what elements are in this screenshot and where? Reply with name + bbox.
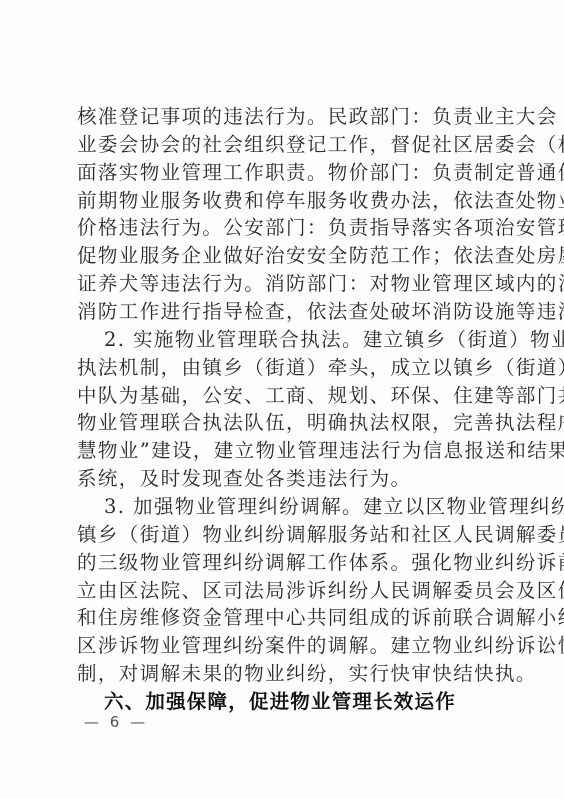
paragraph-line: 核准登记事项的违法行为。民政部门：负责业主大会（业委会）、 <box>77 102 497 131</box>
section-3-title-line: 3. 加强物业管理纠纷调解。建立以区物业管理纠纷联调中心、 <box>104 492 497 521</box>
paragraph-line: 业委会协会的社会组织登记工作，督促社区居委会（村委会）全 <box>77 130 497 159</box>
paragraph-line: 慧物业”建设，建立物业管理违法行为信息报送和结果反馈信息 <box>77 436 497 465</box>
paragraph-line: 立由区法院、区司法局涉诉纠纷人民调解委员会及区住建局物业 <box>77 576 497 605</box>
paragraph-line: 面落实物业管理工作职责。物价部门：负责制定普通住宅小区的 <box>77 158 497 187</box>
paragraph-line: 制，对调解未果的物业纠纷，实行快审快结快执。 <box>77 659 497 688</box>
paragraph-line: 和住房维修资金管理中心共同组成的诉前联合调解小组，负责全 <box>77 603 497 632</box>
paragraph-line: 系统，及时发现查处各类违法行为。 <box>77 464 497 493</box>
paragraph-line: 镇乡（街道）物业纠纷调解服务站和社区人民调解委员会为主体 <box>77 520 497 549</box>
paragraph-line: 中队为基础，公安、工商、规划、环保、住建等部门共同参与的 <box>77 381 497 410</box>
paragraph-line: 证养犬等违法行为。消防部门：对物业管理区域内的消防设施和 <box>77 269 497 298</box>
paragraph-line: 的三级物业管理纠纷调解工作体系。强化物业纠纷诉前调解，成 <box>77 548 497 577</box>
paragraph-line: 执法机制，由镇乡（街道）牵头，成立以镇乡（街道）城管执法 <box>77 353 497 382</box>
paragraph-line: 物业管理联合执法队伍，明确执法权限，完善执法程序。推进“智 <box>77 408 497 437</box>
paragraph-line: 区涉诉物业管理纠纷案件的调解。建立物业纠纷诉讼快速处理机 <box>77 631 497 660</box>
section-2-title-line: 2. 实施物业管理联合执法。建立镇乡（街道）物业管理联合 <box>104 325 497 354</box>
page-number: — 6 — <box>84 713 148 731</box>
paragraph-line: 促物业服务企业做好治安安全防范工作；依法查处房屋群租、无 <box>77 241 497 270</box>
paragraph-line: 前期物业服务收费和停车服务收费办法，依法查处物业管理中的 <box>77 186 497 215</box>
paragraph-line: 价格违法行为。公安部门：负责指导落实各项治安管理措施，督 <box>77 213 497 242</box>
section-6-heading: 六、加强保障，促进物业管理长效运作 <box>104 687 404 716</box>
document-page: 核准登记事项的违法行为。民政部门：负责业主大会（业委会）、 业委会协会的社会组织… <box>0 0 564 799</box>
paragraph-line: 消防工作进行指导检查，依法查处破坏消防设施等违法行为。 <box>77 297 497 326</box>
